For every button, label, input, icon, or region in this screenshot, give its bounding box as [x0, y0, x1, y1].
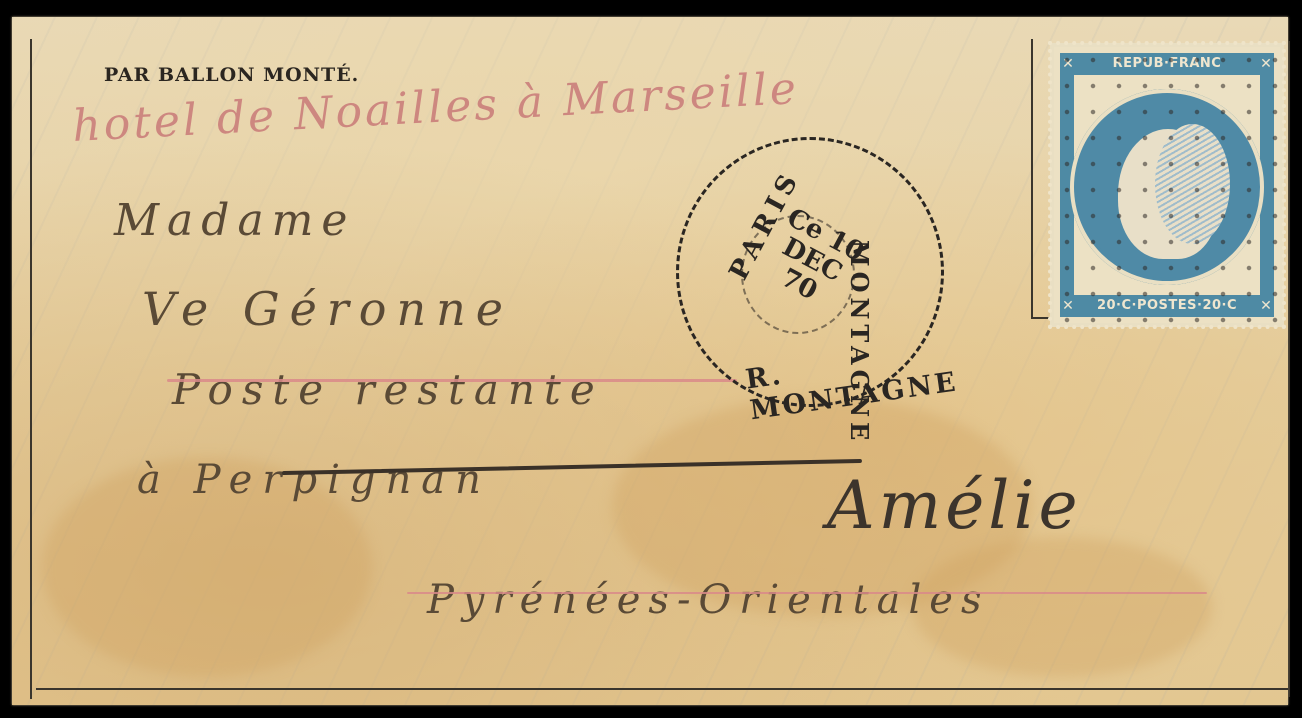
address-line-4: à Perpignan	[137, 457, 491, 503]
border-line-right	[1288, 41, 1290, 697]
address-line-2: Ve Géronne	[142, 282, 513, 336]
dotted-cancellation	[1054, 47, 1280, 323]
stamp-box-line	[1031, 39, 1033, 319]
address-line-1: Madame	[114, 195, 355, 246]
postmark: PARIS MONTAGNE R. MONTAGNE Ce 10 DEC 70	[676, 137, 944, 407]
border-line-bottom	[36, 688, 1288, 690]
address-line-3: Poste restante	[172, 365, 604, 414]
printed-heading: PAR BALLON MONTÉ.	[104, 64, 359, 86]
border-line-left	[30, 39, 32, 699]
balloon-letter-cover: PAR BALLON MONTÉ. hotel de Noailles à Ma…	[12, 17, 1288, 705]
address-line-1-text: Madame	[114, 195, 355, 246]
address-line-5: Amélie	[827, 467, 1082, 544]
postage-stamp: REPUB·FRANC 20·C·POSTES·20·C ✕ ✕ ✕ ✕	[1054, 47, 1280, 323]
address-line-6: Pyrénées-Orientales	[427, 577, 990, 623]
red-strikethrough	[407, 592, 1207, 594]
red-strikethrough	[167, 379, 737, 382]
